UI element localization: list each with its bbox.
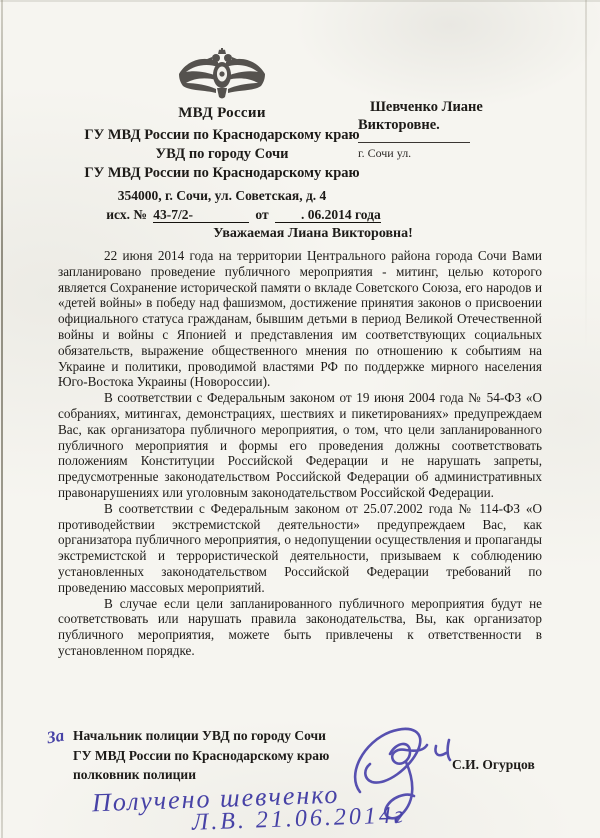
recipient-address-rule	[358, 142, 470, 143]
scan-left-edge	[1, 0, 3, 838]
org-name-gu-mvd-2: ГУ МВД России по Краснодарскому краю	[27, 165, 417, 182]
signer-name: С.И. Огурцов	[452, 757, 535, 773]
scan-top-edge	[0, 0, 600, 2]
body-paragraph: 22 июня 2014 года на территории Централь…	[58, 248, 542, 390]
recipient-name-line1: Шевченко Лиане	[358, 98, 488, 116]
paper-crease	[585, 0, 587, 352]
mvd-eagle-emblem-icon	[177, 48, 267, 102]
salutation: Уважаемая Лиана Викторовна!	[58, 226, 542, 242]
body-paragraph: В случае если цели запланированного публ…	[58, 596, 542, 659]
ref-prefix: исх. №	[103, 207, 150, 222]
scanned-letter-page: МВД России ГУ МВД России по Краснодарско…	[0, 0, 600, 838]
outgoing-ref-line: исх. № 43-7/2- от . 06.2014 года	[47, 206, 437, 223]
signer-position-line2: ГУ МВД России по Краснодарскому краю	[73, 746, 329, 766]
ref-date: . 06.2014 года	[275, 207, 381, 223]
body-paragraph: В соответствии с Федеральным законом от …	[58, 501, 542, 596]
ref-number: 43-7/2-	[153, 207, 249, 223]
recipient-name-line2: Викторовне.	[358, 116, 488, 134]
signer-position-line1: Начальник полиции УВД по городу Сочи	[73, 726, 329, 746]
body-paragraph: В соответствии с Федеральным законом от …	[58, 390, 542, 501]
handwritten-za-mark: За	[45, 726, 65, 749]
recipient-address: г. Сочи ул.	[358, 146, 488, 161]
org-postal-address: 354000, г. Сочи, ул. Советская, д. 4	[27, 187, 417, 204]
recipient-block: Шевченко Лиане Викторовне. г. Сочи ул.	[358, 98, 488, 161]
ref-from-word: от	[252, 207, 271, 222]
letter-body: 22 июня 2014 года на территории Централь…	[58, 248, 542, 659]
signer-position-block: Начальник полиции УВД по городу Сочи ГУ …	[73, 726, 329, 785]
